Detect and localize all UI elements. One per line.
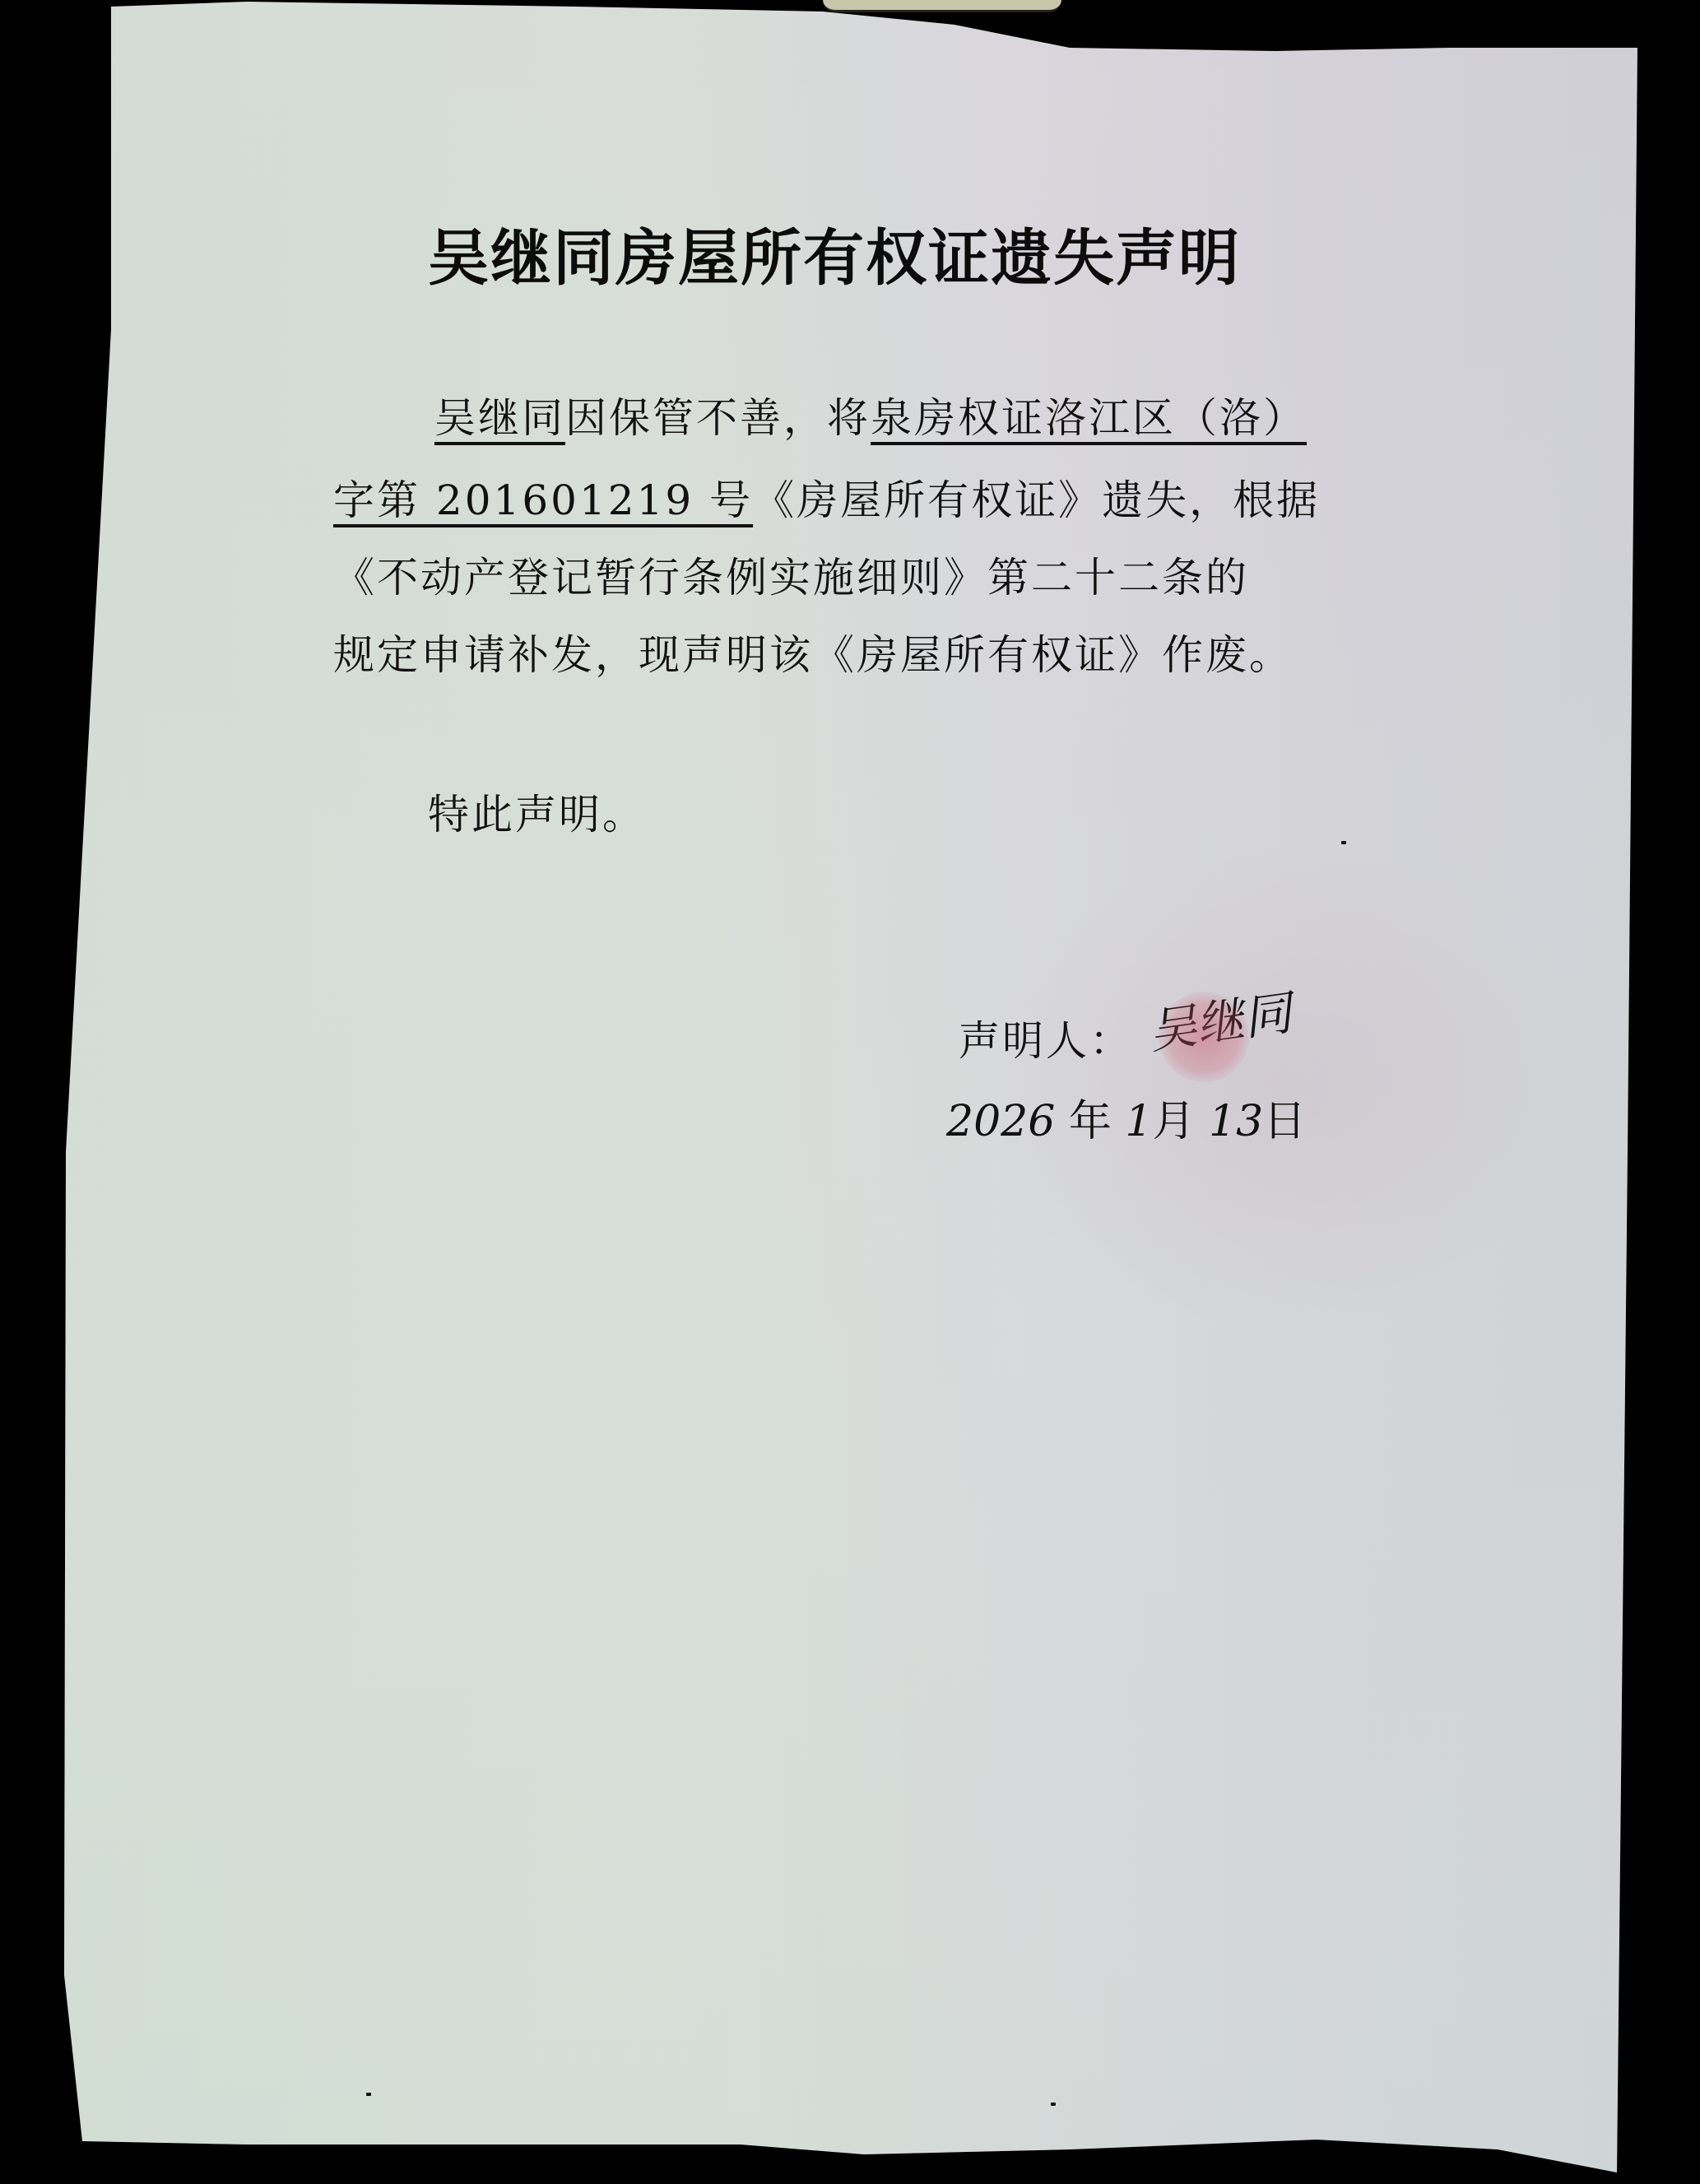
date-day: 13 [1209, 1097, 1263, 1146]
body-text: 《房屋所有权证》遗失，根据 [753, 476, 1320, 524]
declaration-document: 吴继同房屋所有权证遗失声明 吴继同因保管不善，将泉房权证洛江区（洛） 字第 20… [0, 0, 1700, 2184]
paper-speck [1341, 841, 1346, 844]
fingerprint-seal [1159, 992, 1249, 1082]
certificate-number: 字第 201601219 号 [333, 476, 753, 524]
body-line-4: 规定申请补发，现声明该《房屋所有权证》作废。 [333, 622, 1293, 681]
body-line-1: 吴继同因保管不善，将泉房权证洛江区（洛） [434, 385, 1307, 444]
paper-speck [1051, 2103, 1056, 2106]
closing-statement: 特此声明。 [428, 782, 646, 841]
declarant-label: 声明人： [959, 1008, 1133, 1067]
body-text: 因保管不善，将 [565, 394, 871, 442]
date-day-unit: 日 [1263, 1097, 1306, 1146]
certificate-prefix: 泉房权证洛江区（洛） [871, 394, 1307, 442]
body-line-3: 《不动产登记暂行条例实施细则》第二十二条的 [333, 545, 1249, 604]
body-line-2: 字第 201601219 号《房屋所有权证》遗失，根据 [333, 467, 1320, 527]
owner-name: 吴继同 [434, 394, 565, 442]
declaration-date: 2026 年 1月 13日 [946, 1086, 1306, 1148]
paper-speck [366, 2093, 371, 2096]
document-title: 吴继同房屋所有权证遗失声明 [428, 210, 1292, 297]
date-year-unit: 年 [1055, 1097, 1125, 1146]
date-year: 2026 [946, 1097, 1055, 1146]
date-month: 1 [1125, 1097, 1152, 1146]
date-month-unit: 月 [1153, 1097, 1210, 1146]
